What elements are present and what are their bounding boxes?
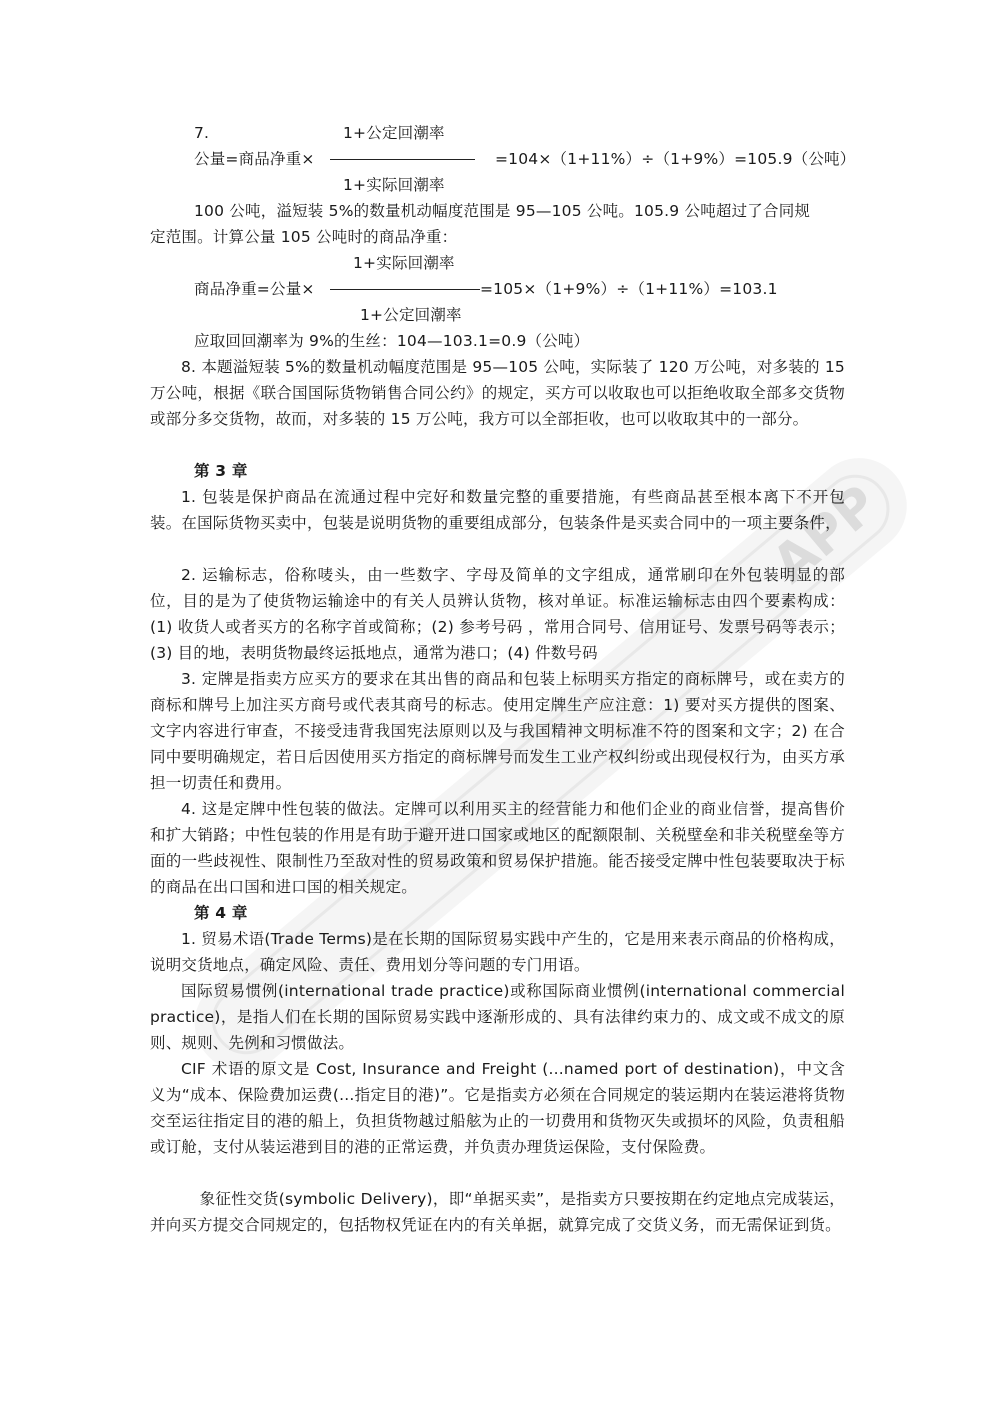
formula1-rhs: =104×（1+11%）÷（1+9%）=105.9（公吨） [495, 146, 855, 172]
chapter-4-heading: 第 4 章 [194, 900, 248, 926]
chapter-4-paragraph-3: CIF 术语的原文是 Cost, Insurance and Freight (… [150, 1056, 845, 1160]
document-page: APP 7. 1+公定回潮率 公量=商品净重× =104×（1+11%）÷（1+… [0, 0, 993, 1404]
formula2-denominator: 1+公定回潮率 [360, 302, 462, 328]
chapter-4-paragraph-2: 国际贸易惯例(international trade practice)或称国际… [150, 978, 845, 1056]
formula2-fraction-bar [330, 289, 480, 290]
chapter-3-heading: 第 3 章 [194, 458, 248, 484]
item-7-conclusion: 应取回回潮率为 9%的生丝：104—103.1=0.9（公吨） [194, 328, 589, 354]
chapter-4-paragraph-1: 1. 贸易术语(Trade Terms)是在长期的国际贸易实践中产生的，它是用来… [150, 926, 845, 978]
chapter-3-paragraph-1: 1. 包装是保护商品在流通过程中完好和数量完整的重要措施，有些商品甚至根本离下不… [150, 484, 845, 536]
formula1-denominator: 1+实际回潮率 [343, 172, 445, 198]
formula1-fraction-bar [330, 159, 475, 160]
formula2-lhs: 商品净重=公量× [194, 276, 315, 302]
formula1-numerator: 1+公定回潮率 [343, 120, 445, 146]
item-7-number: 7. [194, 120, 209, 146]
item-7-para-line1: 100 公吨，溢短装 5%的数量机动幅度范围是 95—105 公吨。105.9 … [194, 198, 810, 224]
chapter-3-paragraph-4: 4. 这是定牌中性包装的做法。定牌可以利用买主的经营能力和他们企业的商业信誉，提… [150, 796, 845, 900]
formula2-rhs: =105×（1+9%）÷（1+11%）=103.1 [480, 276, 778, 302]
formula1-lhs: 公量=商品净重× [194, 146, 315, 172]
item-7-para-line2: 定范围。计算公量 105 公吨时的商品净重： [150, 224, 457, 250]
chapter-4-paragraph-4: 象征性交货(symbolic Delivery)，即“单据买卖”，是指卖方只要按… [150, 1186, 845, 1238]
chapter-3-paragraph-3: 3. 定牌是指卖方应买方的要求在其出售的商品和包装上标明买方指定的商标牌号，或在… [150, 666, 845, 796]
chapter-3-paragraph-2: 2. 运输标志，俗称唛头，由一些数字、字母及简单的文字组成，通常刷印在外包装明显… [150, 562, 845, 666]
item-8-paragraph: 8. 本题溢短装 5%的数量机动幅度范围是 95—105 公吨，实际装了 120… [150, 354, 845, 432]
formula2-numerator: 1+实际回潮率 [353, 250, 455, 276]
